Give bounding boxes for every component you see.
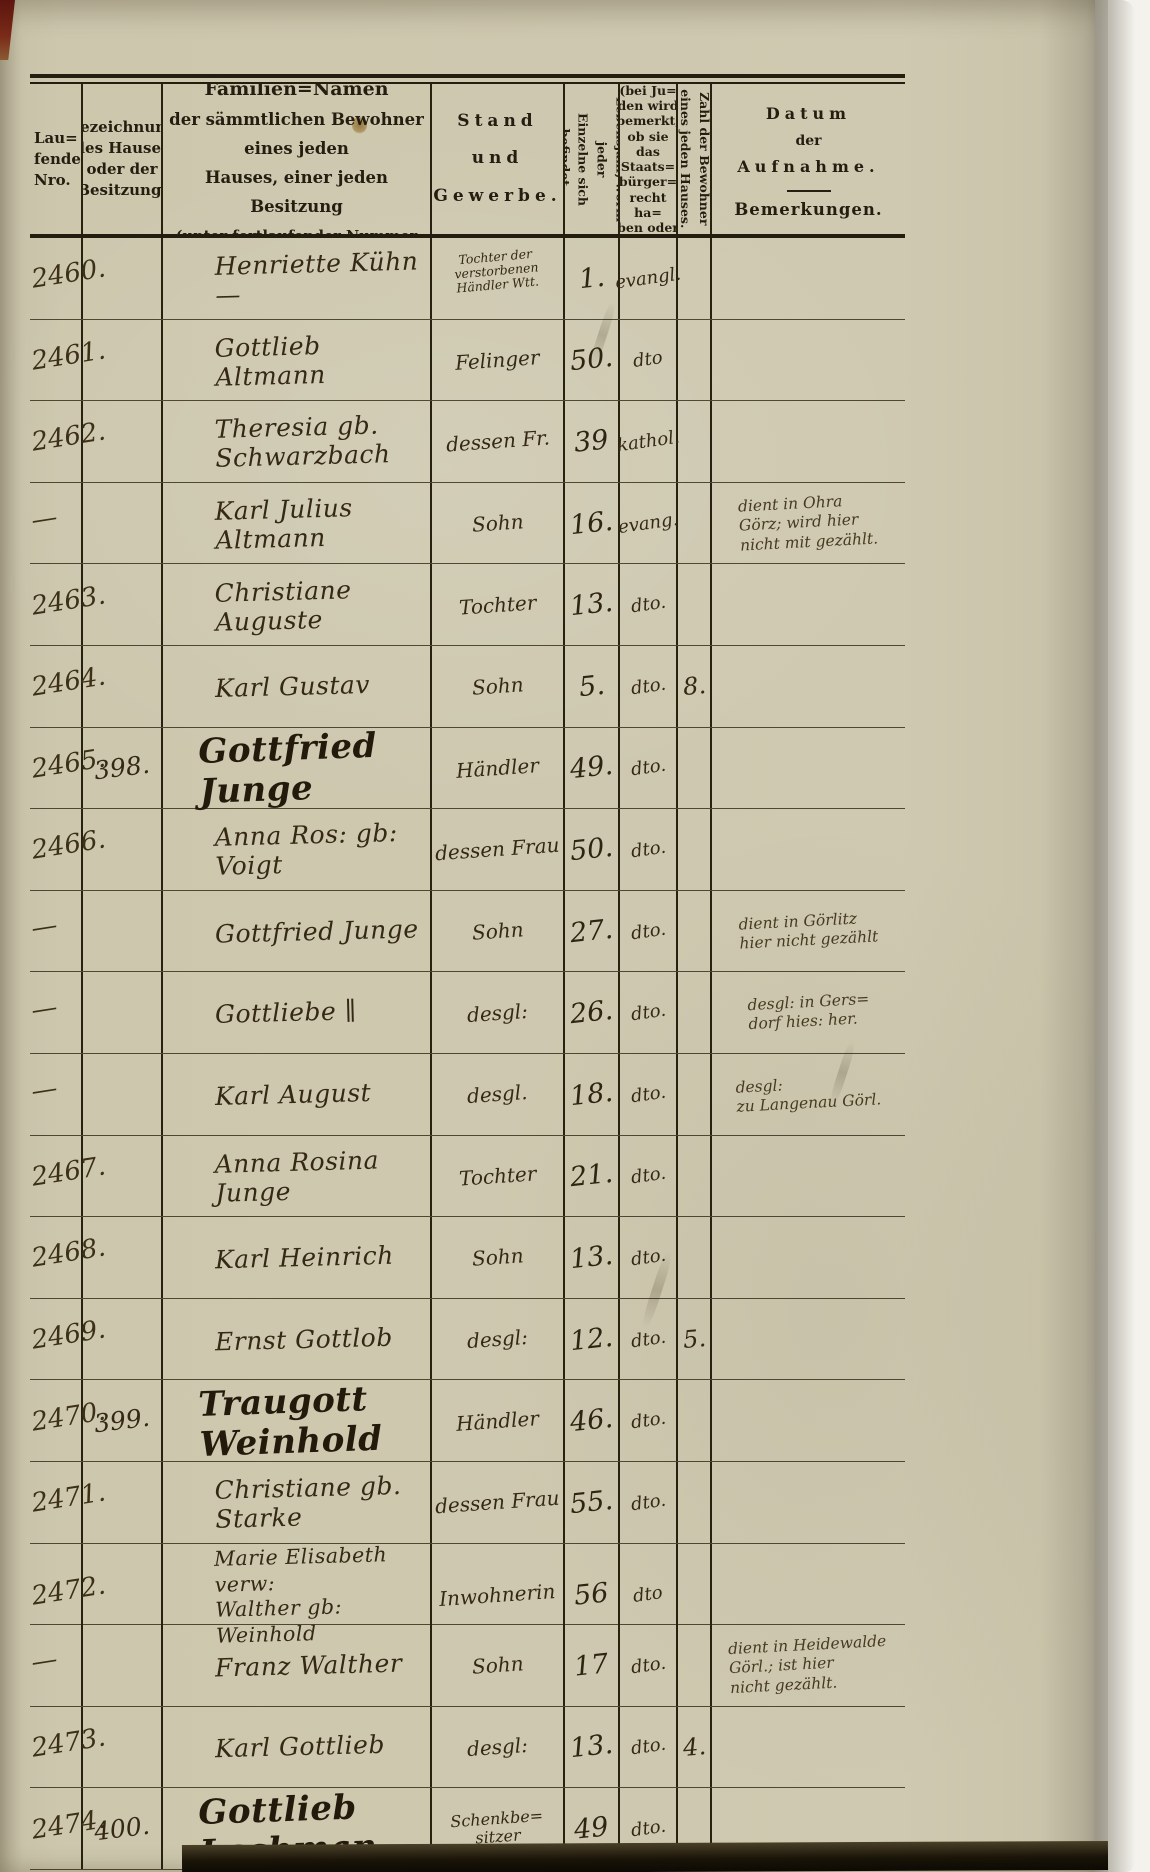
religion-value: dto. — [629, 1326, 667, 1352]
cell-laufende-nro: 2465. — [30, 728, 83, 809]
cell-lebensjahr: 39 — [565, 401, 620, 482]
cell-stand-gewerbe: desgl: — [432, 972, 565, 1053]
resident-name: Henriette Kühn — — [214, 246, 430, 310]
cell-zahl-bewohner — [678, 483, 712, 564]
header-col-zahl-bewohner: Zahl der Bewohner eines jeden Hauses. — [678, 84, 712, 234]
cell-bemerkung — [712, 646, 905, 727]
inhabitants-count: 8. — [681, 671, 706, 701]
cell-lebensjahr: 49. — [565, 728, 620, 809]
cell-bemerkung — [712, 238, 905, 319]
cell-stand-gewerbe: dessen Fr. — [432, 401, 565, 482]
cell-bemerkung: dient in Ohra Görz; wird hier nicht mit … — [712, 483, 905, 564]
cell-stand-gewerbe: Händler — [432, 1380, 565, 1461]
age-value: 16. — [569, 505, 615, 540]
scanned-register-page: Lau= fende Nro. Bezeichnung des Hauses o… — [0, 0, 1150, 1872]
cell-name: Gottfried Junge — [163, 891, 432, 972]
age-value: 26. — [569, 995, 615, 1030]
table-row: 2471. Christiane gb. Starke dessen Frau … — [30, 1462, 905, 1544]
inhabitants-count: 4. — [681, 1732, 706, 1762]
cell-religion: dto. — [620, 1054, 678, 1135]
cell-bemerkung: desgl: in Gers= dorf hies: her. — [712, 972, 905, 1053]
stand-gewerbe: Inwohnerin — [439, 1579, 557, 1611]
table-row: 2470. 399. Traugott Weinhold Händler 46.… — [30, 1380, 905, 1462]
cell-bemerkung — [712, 1299, 905, 1380]
cell-haus-nr — [83, 483, 163, 564]
table-top-rule — [30, 74, 905, 84]
stand-gewerbe: Sohn — [471, 1244, 524, 1272]
cell-stand-gewerbe: desgl: — [432, 1299, 565, 1380]
age-value: 39 — [573, 424, 610, 458]
cell-lebensjahr: 13. — [565, 1707, 620, 1788]
cell-lebensjahr: 5. — [565, 646, 620, 727]
house-number: 399. — [93, 1403, 152, 1439]
header-label: Stand und Gewerbe. — [433, 103, 561, 215]
cell-laufende-nro: 2469. — [30, 1299, 83, 1380]
stand-gewerbe: Händler — [455, 753, 539, 783]
cell-laufende-nro: — — [30, 1625, 83, 1706]
cell-bemerkung — [712, 1136, 905, 1217]
age-value: 46. — [569, 1403, 615, 1438]
cell-laufende-nro: 2464. — [30, 646, 83, 727]
cell-zahl-bewohner — [678, 1462, 712, 1543]
stand-gewerbe: Tochter — [458, 590, 537, 619]
table-row: 2460. Henriette Kühn — Tochter der verst… — [30, 238, 905, 320]
header-line: (unter fortlaufender Nummer anzugeben.) — [163, 228, 430, 234]
row-number: — — [29, 992, 59, 1026]
cell-zahl-bewohner — [678, 1217, 712, 1298]
header-label-rotated: Zahl der Bewohner eines jeden Hauses. — [678, 84, 712, 234]
age-value: 17 — [573, 1648, 610, 1682]
cell-religion: dto. — [620, 1462, 678, 1543]
resident-name: Karl Gustav — [215, 670, 371, 703]
header-label: Religion (bei Ju= den wird bemerkt, ob s… — [620, 84, 678, 234]
religion-value: dto. — [629, 1653, 667, 1679]
cell-stand-gewerbe: desgl: — [432, 1707, 565, 1788]
resident-name: Karl Gottlieb — [215, 1730, 386, 1763]
cell-name: Traugott Weinhold — [163, 1380, 432, 1461]
paper-torn-edge — [1095, 0, 1135, 1872]
cell-name: Karl Gustav — [163, 646, 432, 727]
stand-gewerbe: Sohn — [471, 672, 524, 700]
resident-name: Marie Elisabeth verw: Walther gb: Weinho… — [214, 1541, 432, 1649]
header-col-laufende-nro: Lau= fende Nro. — [30, 84, 83, 234]
cell-laufende-nro: — — [30, 972, 83, 1053]
age-value: 5. — [577, 670, 606, 704]
cell-bemerkung — [712, 1380, 905, 1461]
religion-value: dto. — [629, 837, 667, 863]
header-col-stand-gewerbe: Stand und Gewerbe. — [432, 84, 565, 234]
table-body: 2460. Henriette Kühn — Tochter der verst… — [30, 238, 905, 1870]
cell-haus-nr — [83, 1625, 163, 1706]
cell-laufende-nro: 2462. — [30, 401, 83, 482]
cell-stand-gewerbe: Tochter — [432, 1136, 565, 1217]
cell-laufende-nro: — — [30, 483, 83, 564]
cell-laufende-nro: — — [30, 891, 83, 972]
cell-stand-gewerbe: Sohn — [432, 646, 565, 727]
resident-name: Gottlieb Altmann — [214, 328, 430, 392]
cell-laufende-nro: 2466. — [30, 809, 83, 890]
header-label: Datum — [766, 99, 851, 129]
resident-name: Karl August — [215, 1078, 372, 1111]
table-row: 2469. Ernst Gottlob desgl: 12. dto. 5. — [30, 1299, 905, 1381]
resident-name: Ernst Gottlob — [215, 1322, 393, 1356]
cell-laufende-nro: 2461. — [30, 320, 83, 401]
cell-religion: dto. — [620, 646, 678, 727]
cell-lebensjahr: 16. — [565, 483, 620, 564]
header-col-namen: Vor= und Familien=Namen der sämmtlichen … — [163, 84, 432, 234]
cell-name: Karl August — [163, 1054, 432, 1135]
cell-religion: dto. — [620, 891, 678, 972]
age-value: 27. — [569, 913, 615, 948]
cell-name: Gottlieb Altmann — [163, 320, 432, 401]
cell-stand-gewerbe: dessen Frau — [432, 809, 565, 890]
stand-gewerbe: desgl. — [467, 1080, 529, 1108]
inhabitants-count: 5. — [681, 1324, 706, 1354]
stand-gewerbe: Sohn — [471, 509, 524, 537]
cell-stand-gewerbe: Tochter — [432, 564, 565, 645]
cell-haus-nr — [83, 972, 163, 1053]
religion-value: dto — [632, 1582, 664, 1607]
cell-lebensjahr: 50. — [565, 809, 620, 890]
religion-value: dto — [632, 347, 664, 372]
cell-stand-gewerbe: desgl. — [432, 1054, 565, 1135]
religion-value: dto. — [629, 755, 667, 781]
stand-gewerbe: dessen Frau — [435, 833, 561, 866]
header-col-lebensjahr: Lebensjahr, worin jeder Einzelne sich be… — [565, 84, 620, 234]
religion-value: evang. — [617, 508, 680, 537]
cell-bemerkung: dient in Görlitz hier nicht gezählt — [712, 891, 905, 972]
cell-religion: dto. — [620, 809, 678, 890]
cell-religion: dto. — [620, 972, 678, 1053]
cell-religion: dto. — [620, 1380, 678, 1461]
table-row: — Gottliebe ∥ desgl: 26. dto. desgl: in … — [30, 972, 905, 1054]
stand-gewerbe: dessen Fr. — [445, 426, 550, 457]
header-label: Aufnahme. — [737, 152, 879, 182]
cell-stand-gewerbe: Sohn — [432, 483, 565, 564]
cell-laufende-nro: — — [30, 1054, 83, 1135]
resident-name: Gottfried Junge — [198, 724, 432, 812]
table-row: 2468. Karl Heinrich Sohn 13. dto. — [30, 1217, 905, 1299]
cell-haus-nr — [83, 1054, 163, 1135]
remark-text: desgl: in Gers= dorf hies: her. — [747, 990, 871, 1035]
row-number: — — [29, 910, 59, 944]
cell-bemerkung — [712, 564, 905, 645]
cell-haus-nr: 399. — [83, 1380, 163, 1461]
cell-name: Gottfried Junge — [163, 728, 432, 809]
religion-value: dto. — [629, 918, 667, 944]
age-value: 21. — [569, 1158, 615, 1193]
age-value: 13. — [569, 1240, 615, 1275]
cell-zahl-bewohner: 4. — [678, 1707, 712, 1788]
table-row: 2473. Karl Gottlieb desgl: 13. dto. 4. — [30, 1707, 905, 1789]
cell-lebensjahr: 1. — [565, 238, 620, 319]
religion-value: dto. — [629, 1489, 667, 1515]
resident-name: Christiane gb. Starke — [214, 1470, 430, 1534]
resident-name: Franz Walther — [215, 1648, 403, 1682]
religion-value: kathol. — [615, 427, 680, 457]
age-value: 49 — [573, 1811, 610, 1845]
header-line: der sämmtlichen Bewohner eines jeden — [163, 106, 430, 164]
cell-bemerkung — [712, 809, 905, 890]
age-value: 18. — [569, 1077, 615, 1112]
cell-religion: dto. — [620, 1299, 678, 1380]
header-line: Hauses, einer jeden Besitzung — [163, 164, 430, 222]
remark-text: dient in Görlitz hier nicht gezählt — [738, 908, 879, 954]
age-value: 13. — [569, 1729, 615, 1764]
cell-zahl-bewohner — [678, 1136, 712, 1217]
religion-value: dto. — [629, 592, 667, 618]
cell-zahl-bewohner — [678, 972, 712, 1053]
cell-bemerkung — [712, 1707, 905, 1788]
cell-lebensjahr: 27. — [565, 891, 620, 972]
header-divider-rule — [787, 190, 831, 192]
cell-lebensjahr: 46. — [565, 1380, 620, 1461]
cell-lebensjahr: 26. — [565, 972, 620, 1053]
stand-gewerbe: dessen Frau — [435, 1486, 561, 1519]
cell-religion: dto. — [620, 1136, 678, 1217]
cell-lebensjahr: 13. — [565, 1217, 620, 1298]
table-row: — Karl Julius Altmann Sohn 16. evang. di… — [30, 483, 905, 565]
cell-zahl-bewohner: 8. — [678, 646, 712, 727]
table-row: 2462. Theresia gb. Schwarzbach dessen Fr… — [30, 401, 905, 483]
stand-gewerbe: Tochter der verstorbenen Händler Wtt. — [453, 246, 541, 294]
table-row: — Gottfried Junge Sohn 27. dto. dient in… — [30, 891, 905, 973]
table-header: Lau= fende Nro. Bezeichnung des Hauses o… — [30, 84, 905, 238]
resident-name: Anna Ros: gb: Voigt — [214, 818, 430, 882]
resident-name: Karl Heinrich — [215, 1241, 394, 1275]
cell-bemerkung — [712, 401, 905, 482]
religion-value: evangl. — [614, 263, 682, 293]
cell-zahl-bewohner — [678, 401, 712, 482]
stand-gewerbe: desgl: — [466, 999, 528, 1027]
cell-religion: evang. — [620, 483, 678, 564]
cell-laufende-nro: 2467. — [30, 1136, 83, 1217]
age-value: 50. — [569, 342, 615, 377]
age-value: 49. — [569, 750, 615, 785]
header-title: Vor= und Familien=Namen — [163, 84, 430, 100]
cell-name: Karl Julius Altmann — [163, 483, 432, 564]
cell-lebensjahr: 12. — [565, 1299, 620, 1380]
cell-laufende-nro: 2473. — [30, 1707, 83, 1788]
cell-stand-gewerbe: Tochter der verstorbenen Händler Wtt. — [432, 238, 565, 319]
cell-name: Christiane gb. Starke — [163, 1462, 432, 1543]
cell-zahl-bewohner — [678, 809, 712, 890]
age-value: 13. — [569, 587, 615, 622]
religion-value: dto. — [629, 1163, 667, 1189]
cell-lebensjahr: 18. — [565, 1054, 620, 1135]
cell-zahl-bewohner — [678, 238, 712, 319]
header-col-haus-bezeichnung: Bezeichnung des Hauses oder der Besitzun… — [83, 84, 163, 234]
cell-stand-gewerbe: Händler — [432, 728, 565, 809]
cell-lebensjahr: 55. — [565, 1462, 620, 1543]
cell-stand-gewerbe: dessen Frau — [432, 1462, 565, 1543]
resident-name: Gottliebe ∥ — [215, 996, 357, 1029]
cell-stand-gewerbe: Sohn — [432, 1625, 565, 1706]
cell-bemerkung — [712, 728, 905, 809]
table-row: 2464. Karl Gustav Sohn 5. dto. 8. — [30, 646, 905, 728]
cell-name: Anna Rosina Junge — [163, 1136, 432, 1217]
religion-value: dto. — [629, 1245, 667, 1271]
stand-gewerbe: Händler — [455, 1406, 539, 1436]
cell-bemerkung: dient in Heidewalde Görl.; ist hier nich… — [712, 1625, 905, 1706]
stand-gewerbe: Sohn — [471, 917, 524, 945]
header-label: Bezeichnung des Hauses oder der Besitzun… — [83, 117, 163, 201]
house-number: 400. — [93, 1811, 152, 1847]
cell-zahl-bewohner — [678, 1625, 712, 1706]
cell-stand-gewerbe: Sohn — [432, 891, 565, 972]
cell-bemerkung — [712, 1217, 905, 1298]
row-number: — — [29, 502, 59, 536]
cell-zahl-bewohner — [678, 564, 712, 645]
resident-name: Theresia gb. Schwarzbach — [214, 410, 430, 474]
house-number: 398. — [93, 750, 152, 786]
cell-religion: dto. — [620, 1625, 678, 1706]
religion-value: dto. — [629, 1816, 667, 1842]
cell-bemerkung — [712, 320, 905, 401]
cell-religion: dto. — [620, 728, 678, 809]
cell-zahl-bewohner — [678, 1054, 712, 1135]
cell-haus-nr — [83, 891, 163, 972]
cell-name: Christiane Auguste — [163, 564, 432, 645]
cell-lebensjahr: 50. — [565, 320, 620, 401]
cell-name: Anna Ros: gb: Voigt — [163, 809, 432, 890]
cell-name: Karl Heinrich — [163, 1217, 432, 1298]
register-table: Lau= fende Nro. Bezeichnung des Hauses o… — [30, 74, 905, 1870]
stand-gewerbe: Sohn — [471, 1652, 524, 1680]
cell-zahl-bewohner — [678, 728, 712, 809]
cell-laufende-nro: 2470. — [30, 1380, 83, 1461]
religion-value: dto. — [629, 1081, 667, 1107]
resident-name: Anna Rosina Junge — [214, 1144, 430, 1208]
cell-name: Karl Gottlieb — [163, 1707, 432, 1788]
row-number: — — [29, 1645, 59, 1679]
resident-name: Christiane Auguste — [214, 573, 430, 637]
remark-text: desgl: zu Langenau Görl. — [735, 1071, 882, 1117]
resident-name: Gottfried Junge — [215, 914, 419, 948]
age-value: 50. — [569, 832, 615, 867]
cell-name: Theresia gb. Schwarzbach — [163, 401, 432, 482]
row-number: — — [29, 1073, 59, 1107]
religion-value: dto. — [629, 1000, 667, 1026]
resident-name: Traugott Weinhold — [198, 1377, 432, 1465]
cell-laufende-nro: 2463. — [30, 564, 83, 645]
table-row: 2463. Christiane Auguste Tochter 13. dto… — [30, 564, 905, 646]
cell-zahl-bewohner — [678, 320, 712, 401]
cell-zahl-bewohner — [678, 1380, 712, 1461]
table-row: — Karl August desgl. 18. dto. desgl: zu … — [30, 1054, 905, 1136]
resident-name: Karl Julius Altmann — [214, 491, 430, 555]
table-row: — Franz Walther Sohn 17 dto. dient in He… — [30, 1625, 905, 1707]
header-col-datum-bemerkungen: Datum der Aufnahme. Bemerkungen. — [712, 84, 905, 234]
cell-zahl-bewohner — [678, 891, 712, 972]
age-value: 55. — [569, 1485, 615, 1520]
cell-lebensjahr: 13. — [565, 564, 620, 645]
cell-haus-nr: 400. — [83, 1788, 163, 1869]
age-value: 12. — [569, 1321, 615, 1356]
age-value: 56 — [573, 1578, 610, 1612]
cell-lebensjahr: 21. — [565, 1136, 620, 1217]
cell-laufende-nro: 2460. — [30, 238, 83, 319]
table-row: 2466. Anna Ros: gb: Voigt dessen Frau 50… — [30, 809, 905, 891]
cell-haus-nr: 398. — [83, 728, 163, 809]
header-label: der — [795, 130, 821, 152]
page-bottom-shadow — [182, 1841, 1108, 1872]
cell-name: Ernst Gottlob — [163, 1299, 432, 1380]
cell-religion: dto. — [620, 564, 678, 645]
table-row: 2467. Anna Rosina Junge Tochter 21. dto. — [30, 1136, 905, 1218]
cell-name: Henriette Kühn — — [163, 238, 432, 319]
cell-religion: dto — [620, 320, 678, 401]
stand-gewerbe: desgl: — [466, 1325, 528, 1353]
cell-stand-gewerbe: Felinger — [432, 320, 565, 401]
cell-name: Gottliebe ∥ — [163, 972, 432, 1053]
cell-religion: kathol. — [620, 401, 678, 482]
header-col-religion: Religion (bei Ju= den wird bemerkt, ob s… — [620, 84, 678, 234]
table-row: 2465. 398. Gottfried Junge Händler 49. d… — [30, 728, 905, 810]
table-row: 2461. Gottlieb Altmann Felinger 50. dto — [30, 320, 905, 402]
stand-gewerbe: Tochter — [458, 1161, 537, 1190]
cell-religion: dto. — [620, 1707, 678, 1788]
cell-stand-gewerbe: Sohn — [432, 1217, 565, 1298]
cell-zahl-bewohner: 5. — [678, 1299, 712, 1380]
header-label: Lau= fende Nro. — [34, 128, 81, 191]
cell-religion: dto. — [620, 1217, 678, 1298]
religion-value: dto. — [629, 1408, 667, 1434]
stand-gewerbe: Felinger — [455, 345, 541, 375]
age-value: 1. — [577, 262, 606, 296]
cell-lebensjahr: 17 — [565, 1625, 620, 1706]
stand-gewerbe: desgl: — [466, 1733, 528, 1761]
cell-bemerkung — [712, 1462, 905, 1543]
cell-religion: evangl. — [620, 238, 678, 319]
cell-laufende-nro: 2471. — [30, 1462, 83, 1543]
cell-laufende-nro: 2474. — [30, 1788, 83, 1869]
religion-value: dto. — [629, 1734, 667, 1760]
header-label-rotated: Lebensjahr, worin jeder Einzelne sich be… — [565, 84, 620, 234]
remark-text: dient in Ohra Görz; wird hier nicht mit … — [738, 490, 879, 555]
table-row: 2472. Marie Elisabeth verw: Walther gb: … — [30, 1544, 905, 1626]
header-label: Bemerkungen. — [734, 200, 882, 219]
cell-laufende-nro: 2468. — [30, 1217, 83, 1298]
remark-text: dient in Heidewalde Görl.; ist hier nich… — [728, 1632, 889, 1698]
cell-bemerkung: desgl: zu Langenau Görl. — [712, 1054, 905, 1135]
religion-value: dto. — [629, 673, 667, 699]
